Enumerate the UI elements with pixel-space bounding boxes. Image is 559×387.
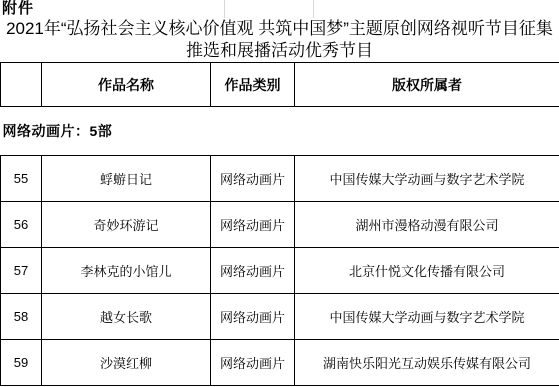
table-row: 59 沙漠红柳 网络动画片 湖南快乐阳光互动娱乐传媒有限公司: [1, 340, 559, 386]
cell-category: 网络动画片: [211, 156, 295, 202]
cell-category: 网络动画片: [211, 340, 295, 386]
cell-index: 56: [1, 202, 42, 248]
table-row: 55 蜉蝣日记 网络动画片 中国传媒大学动画与数字艺术学院: [1, 156, 559, 202]
sheet-gridline: [224, 0, 225, 18]
cell-owner: 北京什悦文化传播有限公司: [295, 248, 559, 294]
cell-owner: 湖南快乐阳光互动娱乐传媒有限公司: [295, 340, 559, 386]
cell-title: 越女长歌: [42, 294, 211, 340]
section-row: 网络动画片：5部: [1, 107, 559, 156]
cell-owner: 中国传媒大学动画与数字艺术学院: [295, 294, 559, 340]
cell-title: 蜉蝣日记: [42, 156, 211, 202]
cell-category: 网络动画片: [211, 294, 295, 340]
cell-index: 59: [1, 340, 42, 386]
document-page: 附件 2021年“弘扬社会主义核心价值观 共筑中国梦”主题原创网络视听节目征集推…: [0, 0, 559, 387]
cell-title: 奇妙环游记: [42, 202, 211, 248]
attachment-row: 附件: [0, 0, 559, 18]
cell-index: 57: [1, 248, 42, 294]
table-body: 网络动画片：5部 55 蜉蝣日记 网络动画片 中国传媒大学动画与数字艺术学院 5…: [1, 107, 559, 386]
table-row: 58 越女长歌 网络动画片 中国传媒大学动画与数字艺术学院: [1, 294, 559, 340]
table-row: 56 奇妙环游记 网络动画片 湖州市漫格动漫有限公司: [1, 202, 559, 248]
header-cell-title: 作品名称: [42, 63, 211, 107]
header-cell-owner: 版权所属者: [295, 63, 559, 107]
table-row: 57 李林克的小馆儿 网络动画片 北京什悦文化传播有限公司: [1, 248, 559, 294]
table-header-row: 作品名称 作品类别 版权所属者: [1, 63, 559, 107]
header-cell-category: 作品类别: [211, 63, 295, 107]
sheet-gridline: [313, 0, 314, 18]
header-cell-index: [1, 63, 42, 107]
cell-title: 李林克的小馆儿: [42, 248, 211, 294]
cell-category: 网络动画片: [211, 248, 295, 294]
cell-owner: 中国传媒大学动画与数字艺术学院: [295, 156, 559, 202]
cell-title: 沙漠红柳: [42, 340, 211, 386]
document-title: 2021年“弘扬社会主义核心价值观 共筑中国梦”主题原创网络视听节目征集推选和展…: [0, 18, 559, 62]
attachment-label: 附件: [0, 0, 34, 18]
cell-owner: 湖州市漫格动漫有限公司: [295, 202, 559, 248]
cell-category: 网络动画片: [211, 202, 295, 248]
works-table: 作品名称 作品类别 版权所属者 网络动画片：5部 55 蜉蝣日记 网络动画片 中…: [0, 62, 559, 386]
cell-index: 55: [1, 156, 42, 202]
section-label: 网络动画片：5部: [1, 107, 559, 156]
cell-index: 58: [1, 294, 42, 340]
